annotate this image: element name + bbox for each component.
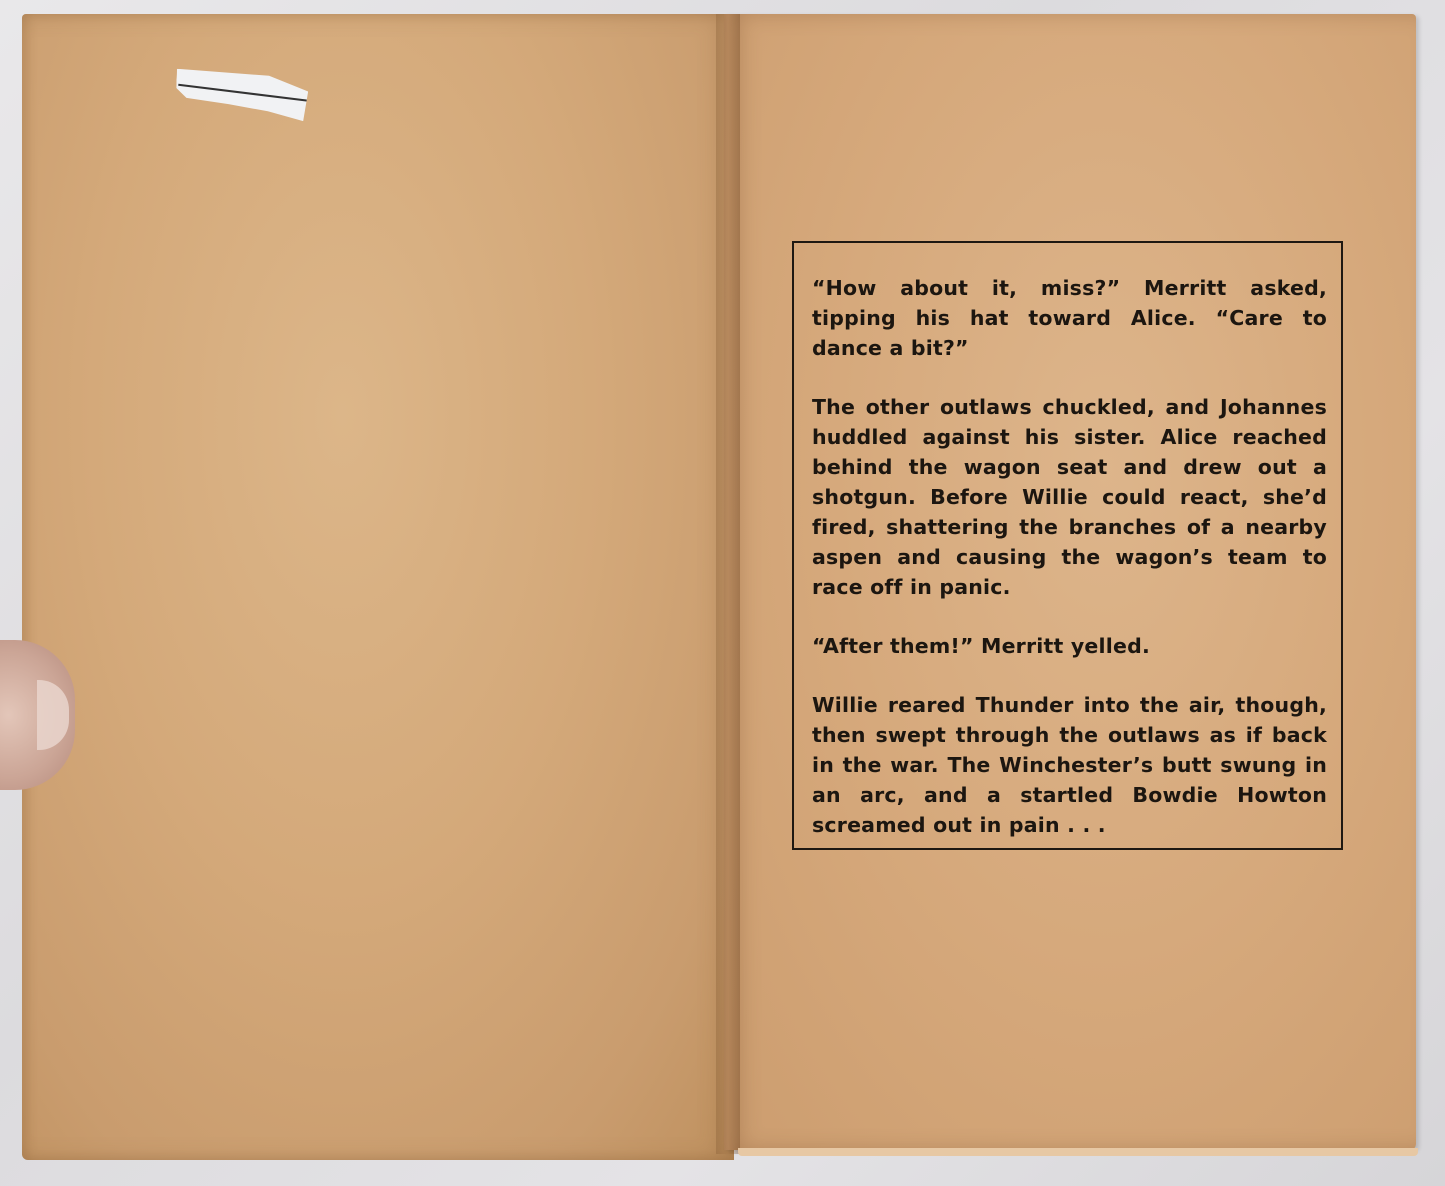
excerpt-paragraph: The other outlaws chuckled, and Johannes…: [812, 392, 1327, 602]
left-page: [22, 14, 734, 1160]
label-rule-line: [178, 84, 307, 102]
page-bottom-edge: [738, 1148, 1418, 1156]
open-book: “How about it, miss?” Merritt asked, tip…: [0, 0, 1445, 1186]
excerpt-paragraph: “After them!” Merritt yelled.: [812, 631, 1327, 661]
excerpt-paragraph: “How about it, miss?” Merritt asked, tip…: [812, 273, 1327, 363]
excerpt-box: “How about it, miss?” Merritt asked, tip…: [792, 241, 1343, 850]
excerpt-paragraph: Willie reared Thunder into the air, thou…: [812, 690, 1327, 840]
book-gutter: [716, 14, 740, 1154]
thumbnail: [37, 680, 69, 750]
